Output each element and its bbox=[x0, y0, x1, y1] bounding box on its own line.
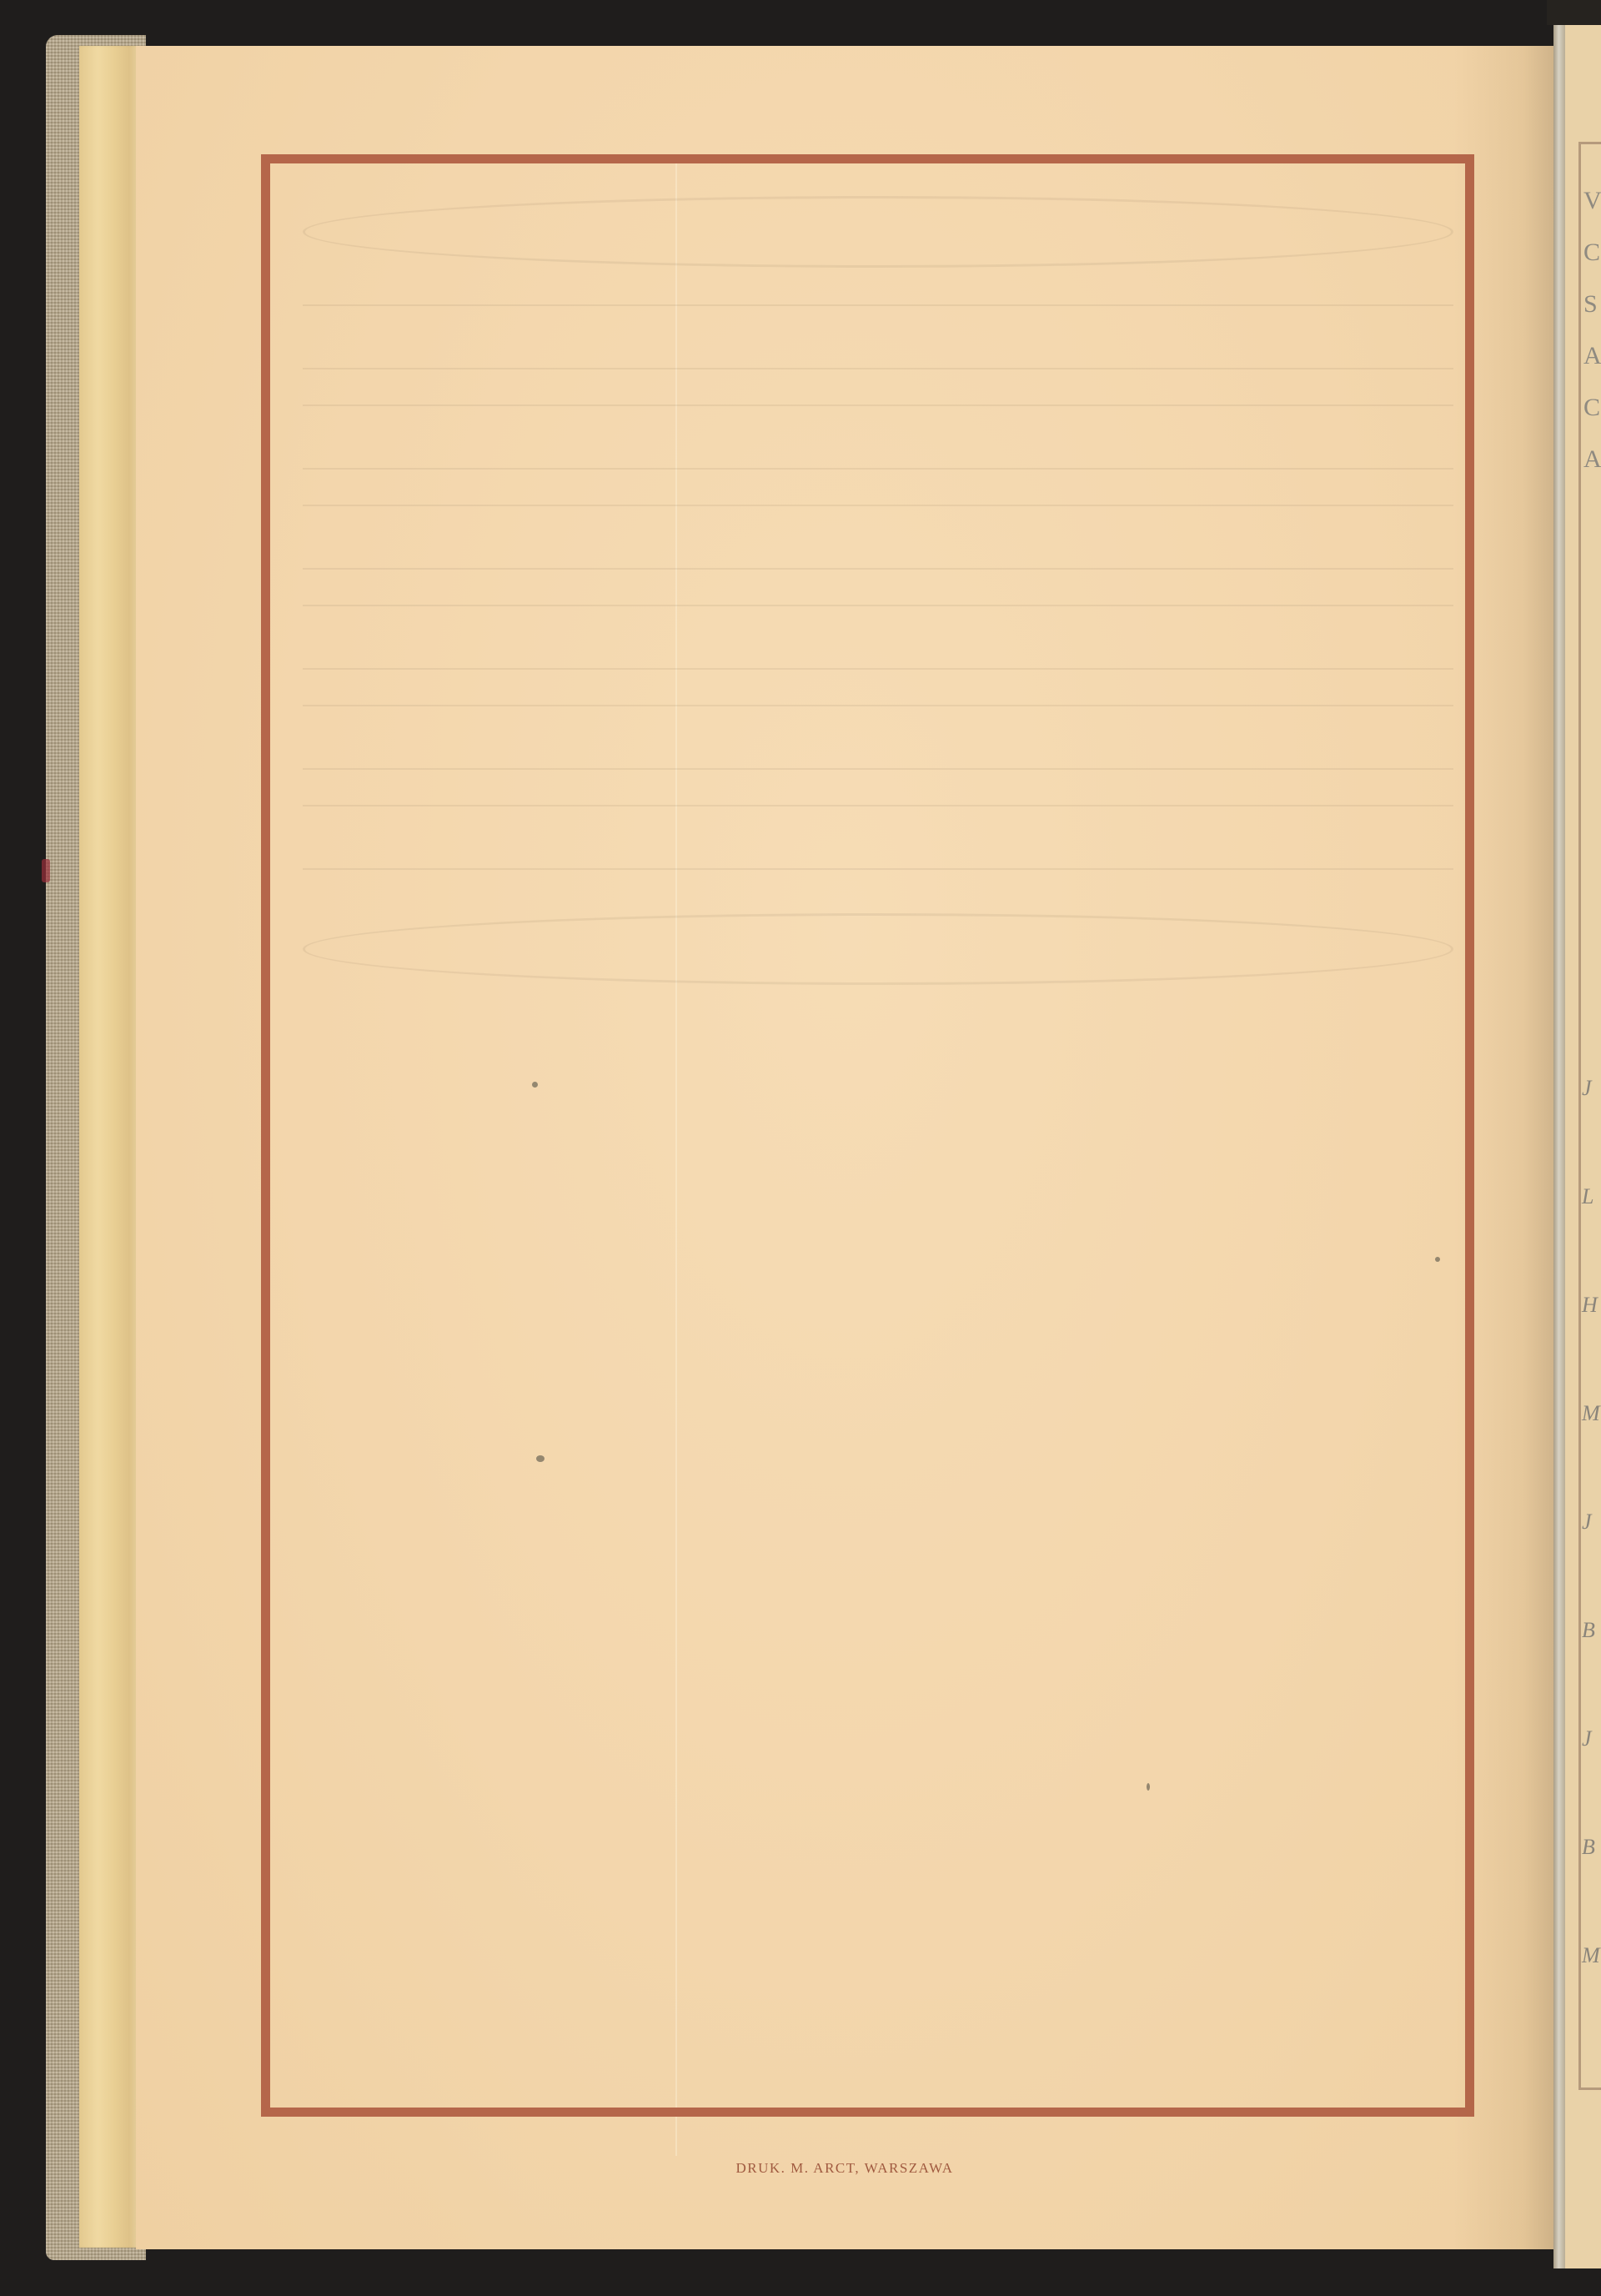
page-edges bbox=[79, 46, 142, 2248]
binding-stain bbox=[42, 859, 50, 882]
paper-speck bbox=[1147, 1783, 1150, 1791]
adjacent-page-handwriting: JLHMJBJBM bbox=[1582, 1034, 1601, 2010]
adjacent-page-letters: VCSACA bbox=[1583, 175, 1601, 485]
scan-background-corner bbox=[1547, 0, 1601, 25]
book-gutter bbox=[1553, 25, 1565, 2268]
page: DRUK. M. ARCT, WARSZAWA bbox=[136, 46, 1553, 2249]
decorative-border-frame bbox=[261, 154, 1474, 2117]
paper-speck bbox=[536, 1455, 545, 1462]
paper-speck bbox=[532, 1082, 538, 1088]
printer-imprint: DRUK. M. ARCT, WARSZAWA bbox=[136, 2160, 1553, 2177]
book-scan: DRUK. M. ARCT, WARSZAWA VCSACA JLHMJBJBM bbox=[0, 0, 1601, 2296]
paper-speck bbox=[1435, 1257, 1440, 1262]
adjacent-page-edge: VCSACA JLHMJBJBM bbox=[1565, 25, 1601, 2268]
